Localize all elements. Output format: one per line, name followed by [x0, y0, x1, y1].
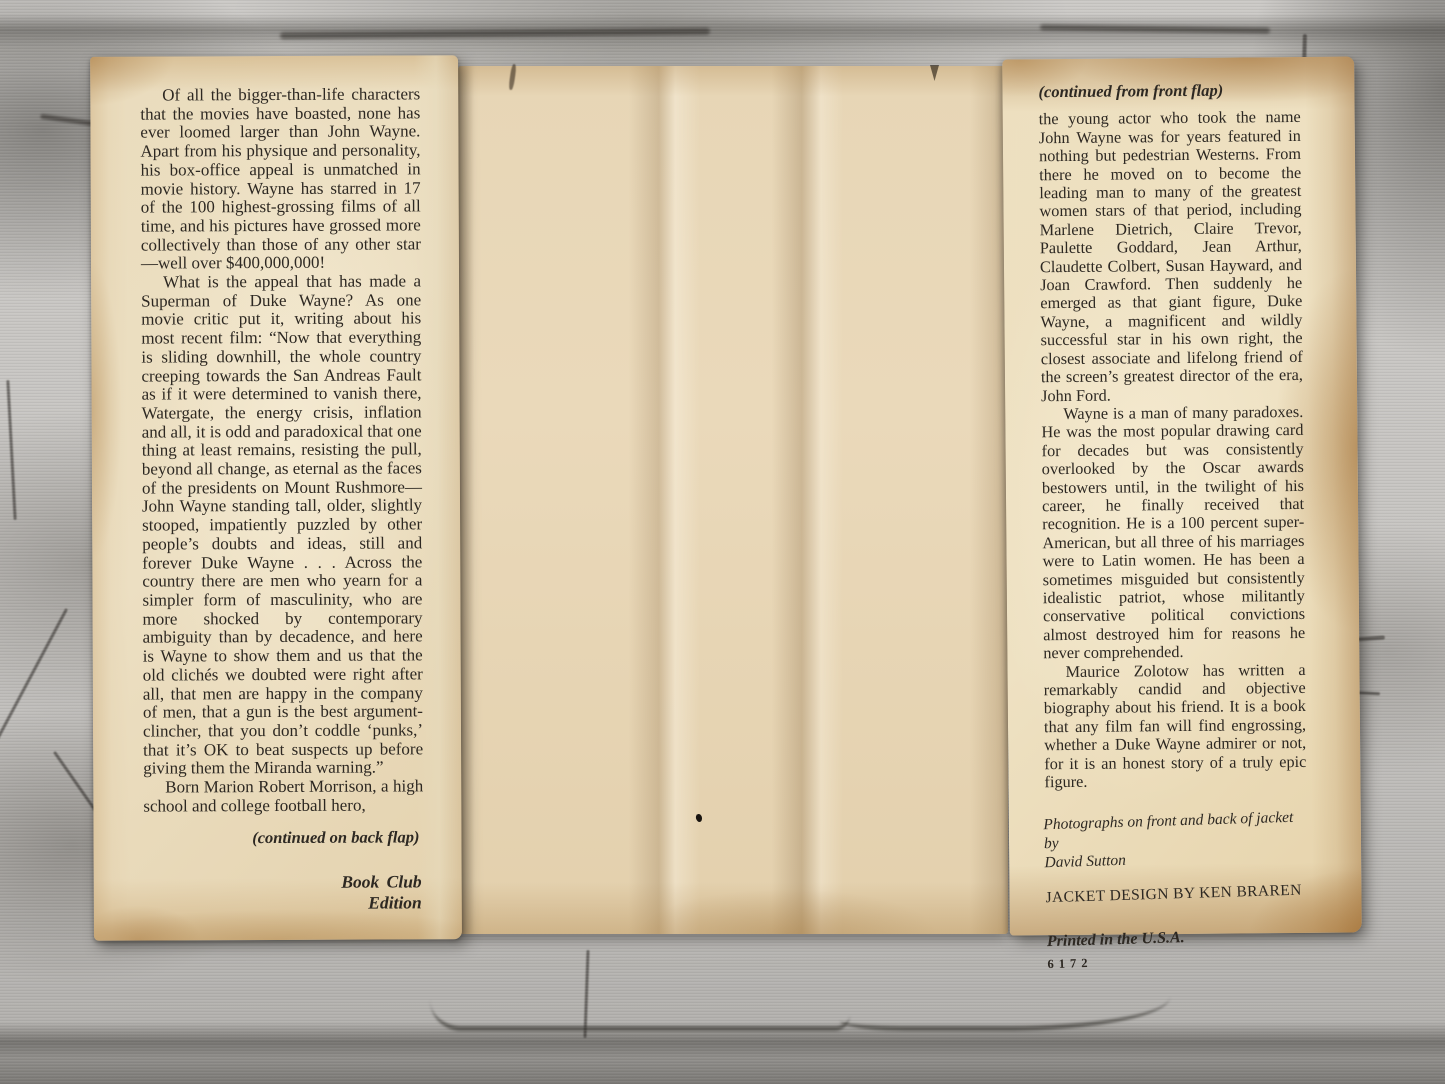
paper-tear-mark [508, 64, 517, 90]
flap-paragraph: What is the appeal that has made a Super… [141, 272, 423, 778]
continued-on-back-flap-note: (continued on back flap) [143, 829, 423, 849]
flap-paragraph: Born Marion Robert Morrison, a high scho… [143, 777, 423, 816]
wall-crack [6, 380, 16, 520]
wall-mortar-line [430, 1000, 850, 1031]
flap-paragraph: the young actor who took the name John W… [1039, 108, 1304, 405]
edition-line: Book Club [144, 871, 422, 893]
flap-paragraph: Maurice Zolotow has written a remarkably… [1043, 661, 1306, 792]
front-flap-text: Of all the bigger-than-life characters t… [140, 85, 424, 914]
continued-from-front-flap-note: (continued from front flap) [1038, 81, 1300, 102]
wall-mortar-line [840, 986, 1170, 1031]
flap-paragraph: Wayne is a man of many paradoxes. He was… [1041, 403, 1305, 663]
back-flap-panel: (continued from front flap) the young ac… [1002, 56, 1362, 935]
ink-dot [695, 813, 703, 822]
flap-paragraph: Of all the bigger-than-life characters t… [140, 85, 421, 273]
book-club-edition-mark: Book Club Edition [144, 871, 424, 914]
printing-code: 6172 [1047, 948, 1309, 974]
wall-mortar-smudge [280, 28, 710, 40]
wall-crack [583, 950, 589, 1038]
paper-notch [930, 65, 939, 81]
photo-credit: Photographs on front and back of jacket … [1043, 808, 1307, 873]
back-flap-text: (continued from front flap) the young ac… [1038, 81, 1308, 974]
jacket-design-credit: JACKET DESIGN BY KEN BRAREN [1045, 882, 1307, 908]
jacket-credits-block: Photographs on front and back of jacket … [1043, 808, 1310, 974]
edition-line: Edition [144, 892, 422, 914]
jacket-center-blank-panel [458, 66, 1008, 934]
wall-crack [0, 608, 68, 742]
photo-scene: Of all the bigger-than-life characters t… [0, 0, 1445, 1084]
front-flap-panel: Of all the bigger-than-life characters t… [90, 55, 462, 941]
wall-mortar-smudge [1040, 24, 1270, 33]
